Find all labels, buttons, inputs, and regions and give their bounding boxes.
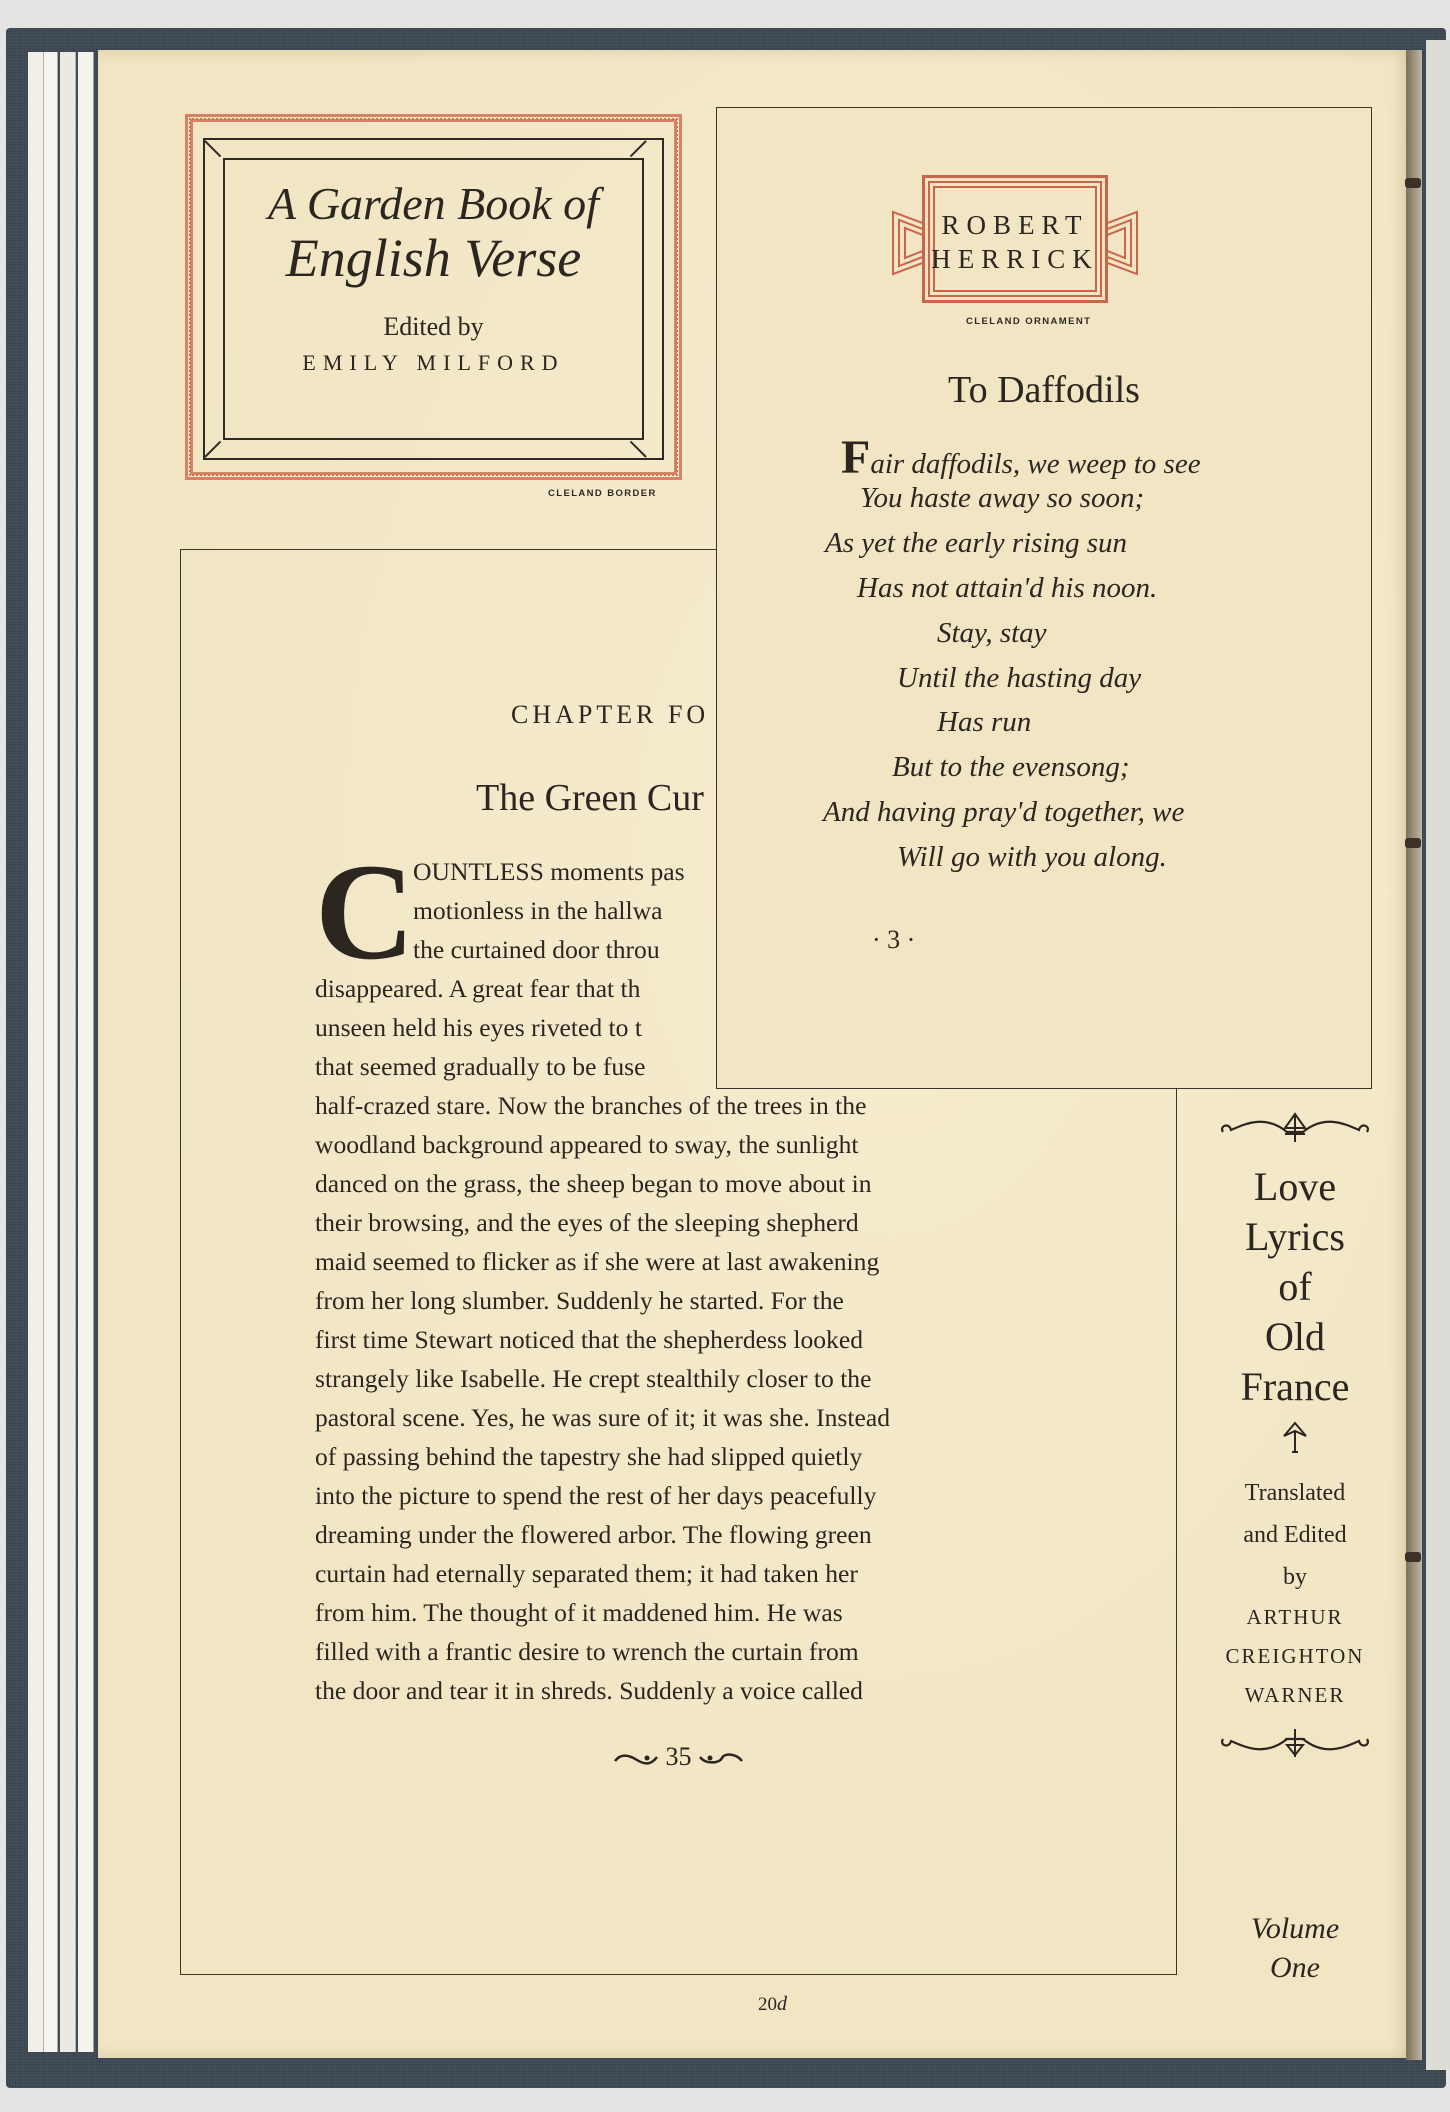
cleland-border-caption: CLELAND BORDER bbox=[548, 488, 657, 499]
cleland-ornament-caption: CLELAND ORNAMENT bbox=[966, 316, 1091, 327]
poem-title: To Daffodils bbox=[717, 368, 1371, 412]
body-line: of passing behind the tapestry she had s… bbox=[315, 1437, 975, 1476]
ornament-wing-icon bbox=[891, 210, 925, 276]
chapter-label: CHAPTER FO bbox=[511, 700, 709, 730]
body-line: from him. The thought of it maddened him… bbox=[315, 1593, 975, 1632]
body-line: woodland background appeared to sway, th… bbox=[315, 1125, 975, 1164]
binding-clip bbox=[1405, 1552, 1421, 1562]
herrick-specimen: ROBERT HERRICK CLELAND ORNAMENT To Daffo… bbox=[716, 107, 1372, 1089]
page-edge bbox=[44, 52, 58, 2052]
body-line: half-crazed stare. Now the branches of t… bbox=[315, 1086, 975, 1125]
poem-line: But to the evensong; bbox=[892, 751, 1130, 784]
arrow-ornament-icon bbox=[1280, 1420, 1310, 1454]
ornament-wing-icon bbox=[1105, 210, 1139, 276]
body-line: danced on the grass, the sheep began to … bbox=[315, 1164, 975, 1203]
edited-by-label: Edited by bbox=[225, 312, 642, 342]
page-edges bbox=[26, 52, 100, 2052]
page-edge bbox=[60, 52, 76, 2052]
bottom-ornament-icon bbox=[1215, 1727, 1375, 1761]
body-line: curtain had eternally separated them; it… bbox=[315, 1554, 975, 1593]
title-panel: A Garden Book of English Verse Edited by… bbox=[223, 158, 644, 440]
poem-initial: F bbox=[841, 431, 870, 484]
body-line: from her long slumber. Suddenly he start… bbox=[315, 1281, 975, 1320]
volume-label: Volume One bbox=[1190, 1909, 1400, 1987]
page-edge bbox=[28, 52, 44, 2052]
body-line: pastoral scene. Yes, he was sure of it; … bbox=[315, 1398, 975, 1437]
book-title-line1: A Garden Book of bbox=[225, 178, 642, 230]
flourish-right-icon bbox=[698, 1751, 744, 1767]
garden-book-specimen: A Garden Book of English Verse Edited by… bbox=[185, 114, 682, 480]
cleland-ornament: ROBERT HERRICK bbox=[922, 175, 1108, 303]
poem-line: Until the hasting day bbox=[897, 662, 1141, 695]
poem-page-number: · 3 · bbox=[872, 925, 915, 955]
book-page-number: 20d bbox=[758, 1993, 787, 2016]
poem-line: You haste away so soon; bbox=[860, 482, 1144, 515]
love-lyrics-specimen: Love Lyrics of Old France Translated and… bbox=[1190, 1110, 1400, 1987]
chapter-page-number: 35 bbox=[181, 1742, 1176, 1772]
chapter-title: The Green Cur bbox=[476, 776, 704, 820]
top-ornament-icon bbox=[1215, 1110, 1375, 1144]
translated-by-label: Translated and Edited by bbox=[1190, 1472, 1400, 1598]
body-line: their browsing, and the eyes of the slee… bbox=[315, 1203, 975, 1242]
poem-line: Has not attain'd his noon. bbox=[857, 572, 1157, 605]
body-line: strangely like Isabelle. He crept stealt… bbox=[315, 1359, 975, 1398]
poem-line: And having pray'd together, we bbox=[823, 796, 1184, 829]
facing-page-edge bbox=[1426, 40, 1450, 2070]
bevel-frame: A Garden Book of English Verse Edited by… bbox=[203, 138, 664, 460]
flourish-left-icon bbox=[613, 1751, 659, 1767]
author-name-line1: ROBERT bbox=[925, 208, 1105, 242]
body-line: into the picture to spend the rest of he… bbox=[315, 1476, 975, 1515]
body-line: the door and tear it in shreds. Suddenly… bbox=[315, 1671, 975, 1710]
book-title-line2: English Verse bbox=[225, 230, 642, 286]
poem-line: Will go with you along. bbox=[897, 841, 1167, 874]
poem-line: Stay, stay bbox=[937, 617, 1047, 650]
translator-name: ARTHUR CREIGHTON WARNER bbox=[1190, 1598, 1400, 1715]
poem-line: Fair daffodils, we weep to see bbox=[841, 430, 1201, 485]
gutter-shadow bbox=[1406, 50, 1422, 2060]
lyrics-title: Love Lyrics of Old France bbox=[1190, 1162, 1400, 1412]
body-line: filled with a frantic desire to wrench t… bbox=[315, 1632, 975, 1671]
page-number-35: 35 bbox=[666, 1742, 692, 1771]
body-line: first time Stewart noticed that the shep… bbox=[315, 1320, 975, 1359]
binding-clip bbox=[1405, 838, 1421, 848]
binding-clip bbox=[1405, 178, 1421, 188]
page-edge bbox=[78, 52, 94, 2052]
author-name-line2: HERRICK bbox=[925, 242, 1105, 276]
body-line: dreaming under the flowered arbor. The f… bbox=[315, 1515, 975, 1554]
poem-line: As yet the early rising sun bbox=[825, 527, 1127, 560]
body-line: maid seemed to flicker as if she were at… bbox=[315, 1242, 975, 1281]
poem-line: Has run bbox=[937, 706, 1031, 739]
editor-name: EMILY MILFORD bbox=[225, 350, 642, 376]
